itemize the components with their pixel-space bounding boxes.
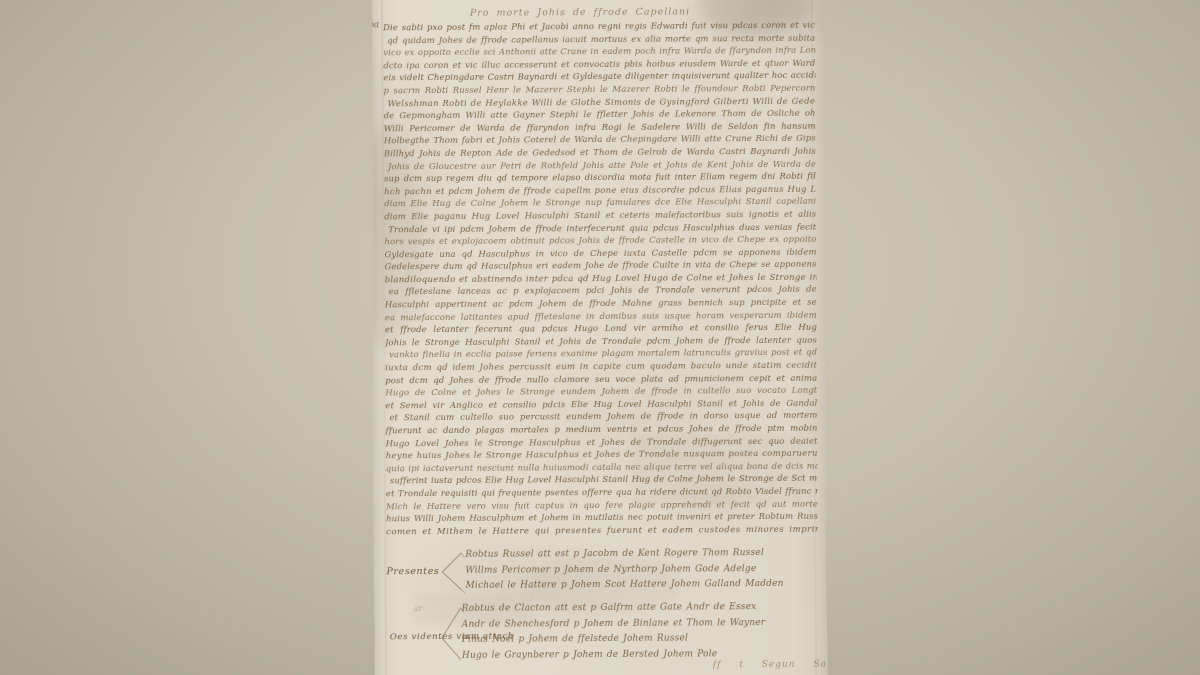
witness-line: Pinus Noel p Johem de ffelstede Johem Ru… — [462, 631, 766, 648]
manuscript-line: comen et Mithem le Hattere qui presentes… — [386, 523, 818, 538]
presentes-label: Presentes — [386, 566, 439, 577]
brace-icon — [435, 550, 465, 598]
witness-line: Robtus de Clacton att est p Galfrm atte … — [462, 600, 766, 617]
presentes-lines: Robtus Russel att est p Jacobm de Kent R… — [465, 546, 783, 595]
attachment-lines: Robtus de Clacton att est p Galfrm atte … — [462, 600, 766, 664]
bottom-partial-line: ff t Segun Sa — [713, 660, 827, 671]
attachment-group: Oes videntes viam attach Robtus de Clact… — [374, 600, 829, 669]
photo-backdrop: pa Pro morte Johis de ffrode Capellani D… — [0, 0, 1200, 675]
document-heading: Pro morte Johis de ffrode Capellani — [430, 6, 730, 19]
witness-line: Michael le Hattere p Johem Scot Hattere … — [465, 577, 783, 595]
manuscript-page: pa Pro morte Johis de ffrode Capellani D… — [370, 0, 829, 675]
presentes-group: Presentes Robtus Russel att est p Jacobm… — [373, 546, 828, 601]
witness-line: Andr de Shenchesford p Johem de Binlane … — [462, 616, 766, 633]
margin-note-pa: pa — [368, 20, 379, 30]
document-body: Die sabti pxo post fm aploz Phi et Jacob… — [383, 20, 818, 539]
